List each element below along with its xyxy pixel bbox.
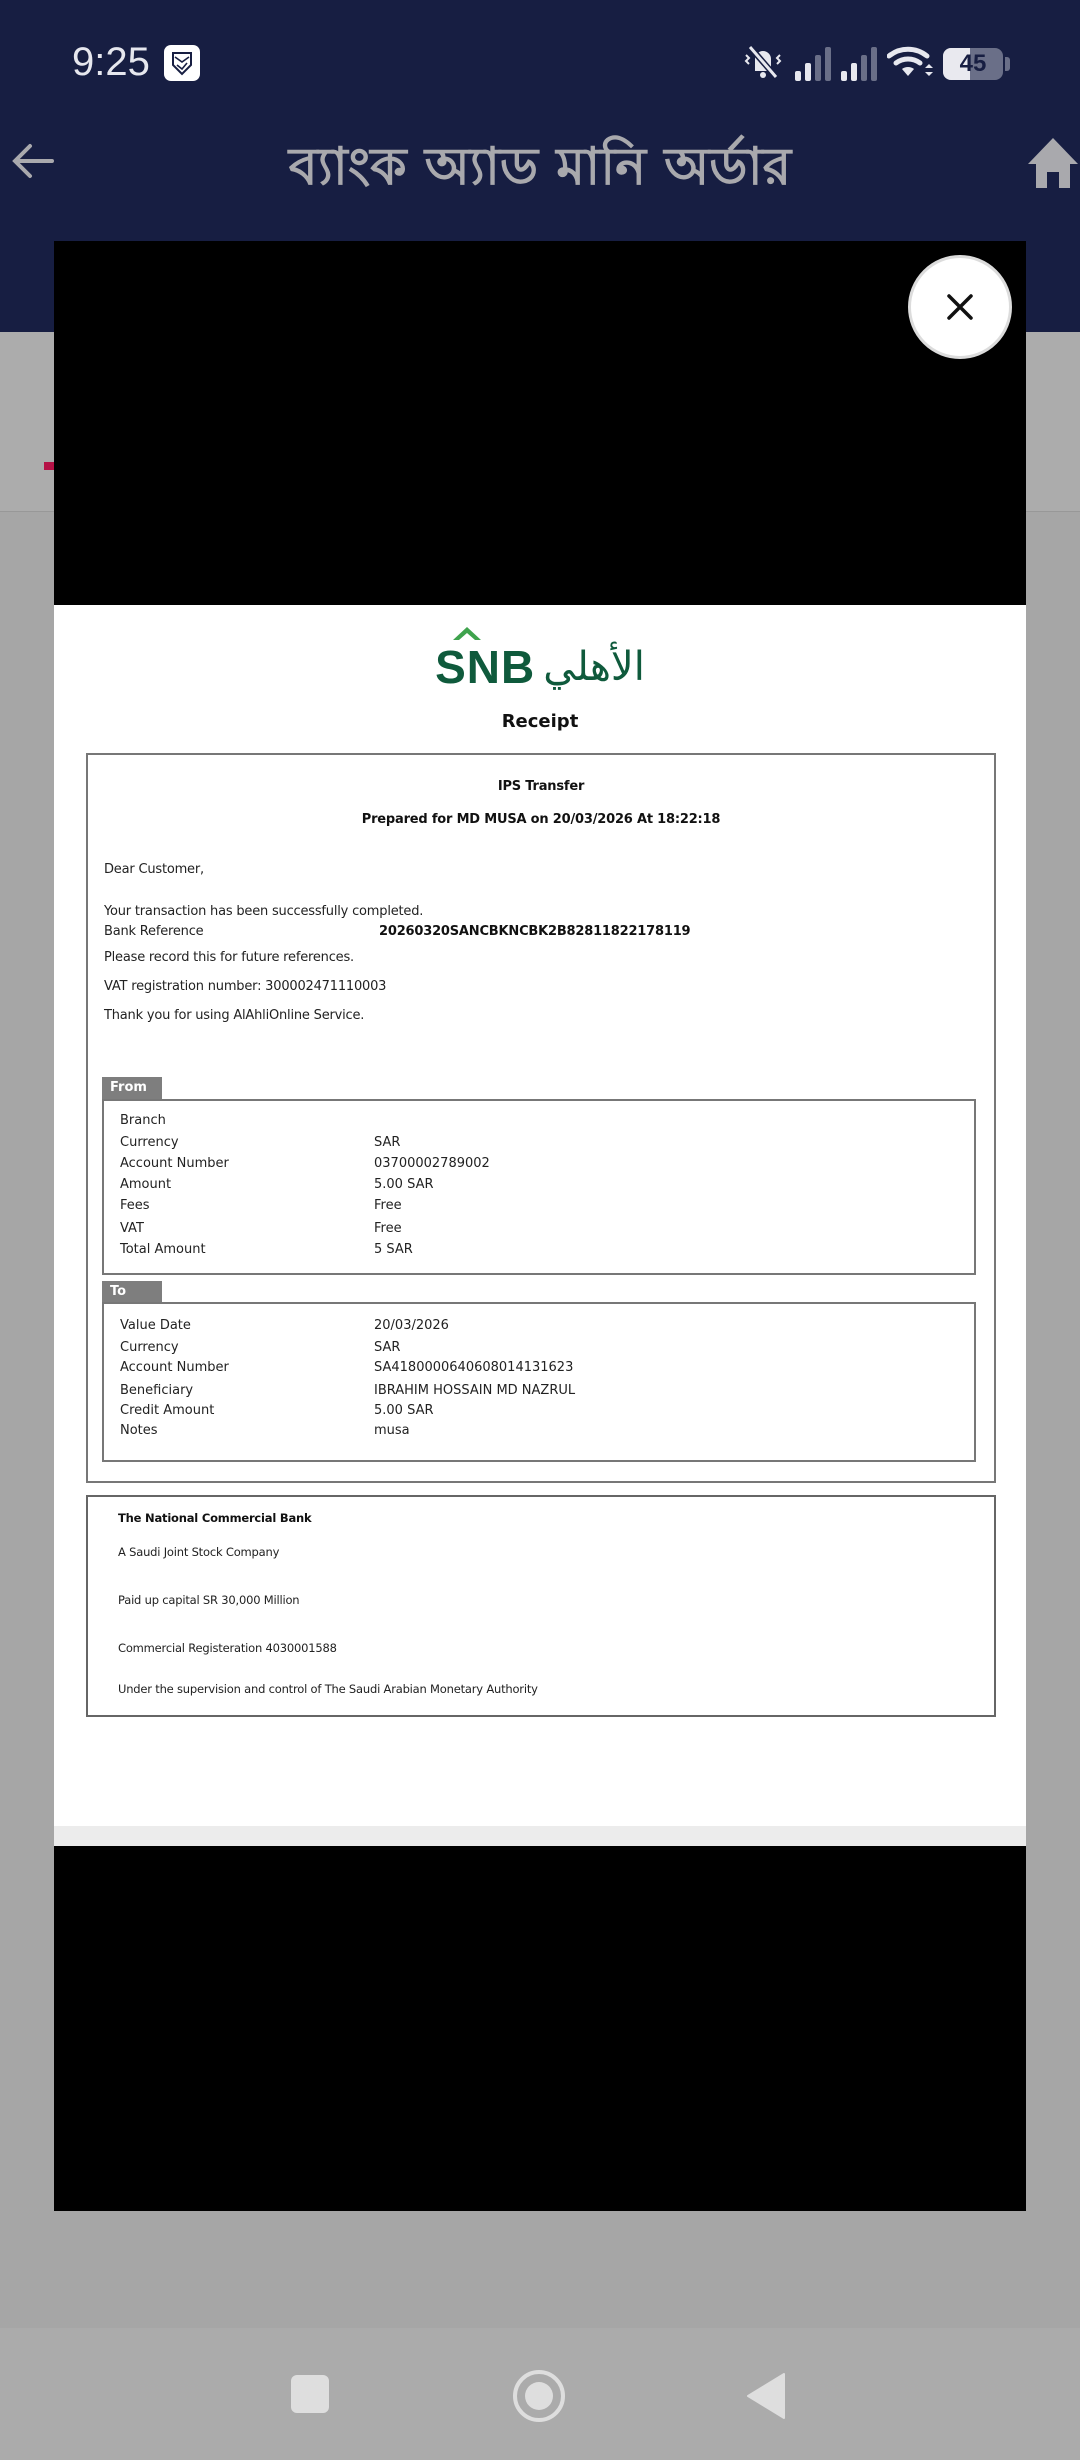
battery-percent: 45 bbox=[943, 50, 1003, 78]
snb-logo: SNB الأهلي bbox=[54, 637, 1026, 697]
bell-off-icon bbox=[741, 43, 785, 85]
detail-row: BeneficiaryIBRAHIM HOSSAIN MD NAZRUL bbox=[120, 1383, 974, 1403]
greeting: Dear Customer, bbox=[104, 862, 204, 877]
signal-sim1-icon bbox=[795, 47, 831, 81]
transaction-details-box: IPS Transfer Prepared for MD MUSA on 20/… bbox=[86, 753, 996, 1483]
detail-label: Currency bbox=[120, 1135, 179, 1150]
detail-row: Total Amount5 SAR bbox=[120, 1242, 974, 1262]
detail-label: Account Number bbox=[120, 1156, 229, 1171]
detail-row: VATFree bbox=[120, 1221, 974, 1241]
handshake-shield-icon bbox=[164, 45, 200, 81]
detail-row: Branch bbox=[120, 1113, 974, 1133]
bank-info-footer: The National Commercial Bank A Saudi Joi… bbox=[86, 1495, 996, 1717]
detail-label: Currency bbox=[120, 1340, 179, 1355]
logo-snb-text: SNB bbox=[435, 641, 535, 693]
detail-label: Fees bbox=[120, 1198, 150, 1213]
detail-label: VAT bbox=[120, 1221, 144, 1236]
status-time: 9:25 bbox=[72, 40, 150, 85]
toolbar: ব্যাংক অ্যাড মানি অর্ডার bbox=[0, 120, 1080, 200]
detail-value: SA4180000640608014131623 bbox=[374, 1360, 573, 1375]
close-button[interactable] bbox=[908, 255, 1012, 359]
bank-reference-label: Bank Reference bbox=[104, 924, 203, 939]
logo-text: SNB bbox=[435, 640, 535, 694]
detail-row: FeesFree bbox=[120, 1198, 974, 1218]
detail-label: Branch bbox=[120, 1113, 166, 1128]
detail-value: Free bbox=[374, 1198, 402, 1213]
recents-square-icon[interactable] bbox=[290, 2374, 330, 2418]
detail-value: 5.00 SAR bbox=[374, 1403, 434, 1418]
detail-label: Total Amount bbox=[120, 1242, 206, 1257]
detail-row: Notesmusa bbox=[120, 1423, 974, 1443]
footer-capital: Paid up capital SR 30,000 Million bbox=[118, 1593, 299, 1607]
battery-nub bbox=[1005, 57, 1010, 71]
battery-indicator: 45 bbox=[943, 48, 1003, 80]
signal-sim2-icon bbox=[841, 47, 877, 81]
detail-label: Beneficiary bbox=[120, 1383, 193, 1398]
page-title: ব্যাংক অ্যাড মানি অর্ডার bbox=[0, 126, 1080, 213]
logo-roof-icon bbox=[451, 624, 483, 642]
thanks-line: Thank you for using AlAhliOnline Service… bbox=[104, 1008, 364, 1023]
success-message: Your transaction has been successfully c… bbox=[104, 904, 423, 919]
detail-value: 20/03/2026 bbox=[374, 1318, 449, 1333]
home-circle-icon[interactable] bbox=[511, 2368, 567, 2428]
footer-company-type: A Saudi Joint Stock Company bbox=[118, 1545, 279, 1559]
detail-value: SAR bbox=[374, 1135, 400, 1150]
detail-row: Value Date20/03/2026 bbox=[120, 1318, 974, 1338]
footer-supervision: Under the supervision and control of The… bbox=[118, 1682, 538, 1696]
detail-label: Account Number bbox=[120, 1360, 229, 1375]
detail-row: CurrencySAR bbox=[120, 1340, 974, 1360]
detail-row: Amount5.00 SAR bbox=[120, 1177, 974, 1197]
bank-reference-value: 20260320SANCBKNCBK2B82811822178119 bbox=[379, 924, 690, 939]
detail-label: Credit Amount bbox=[120, 1403, 214, 1418]
footer-bank-name: The National Commercial Bank bbox=[118, 1511, 311, 1525]
detail-value: IBRAHIM HOSSAIN MD NAZRUL bbox=[374, 1383, 575, 1398]
receipt-title: Receipt bbox=[54, 711, 1026, 732]
prepared-line: Prepared for MD MUSA on 20/03/2026 At 18… bbox=[88, 812, 994, 827]
home-icon[interactable] bbox=[1026, 134, 1080, 190]
detail-value: SAR bbox=[374, 1340, 400, 1355]
record-note: Please record this for future references… bbox=[104, 950, 354, 965]
status-icons: 45 bbox=[741, 44, 1010, 84]
detail-value: Free bbox=[374, 1221, 402, 1236]
logo-arabic: الأهلي bbox=[543, 644, 645, 690]
detail-label: Amount bbox=[120, 1177, 171, 1192]
close-icon bbox=[940, 287, 980, 327]
detail-row: Account Number03700002789002 bbox=[120, 1156, 974, 1176]
from-section: BranchCurrencySARAccount Number037000027… bbox=[102, 1099, 976, 1275]
detail-value: 5.00 SAR bbox=[374, 1177, 434, 1192]
to-heading: To bbox=[102, 1281, 162, 1303]
detail-row: Account NumberSA4180000640608014131623 bbox=[120, 1360, 974, 1380]
to-section: Value Date20/03/2026CurrencySARAccount N… bbox=[102, 1302, 976, 1462]
system-nav-bar bbox=[0, 2328, 1080, 2460]
detail-value: 5 SAR bbox=[374, 1242, 413, 1257]
status-bar: 9:25 bbox=[0, 0, 1080, 130]
back-triangle-icon[interactable] bbox=[746, 2372, 786, 2424]
footer-registration: Commercial Registeration 4030001588 bbox=[118, 1641, 337, 1655]
page-separator bbox=[54, 1826, 1026, 1846]
detail-value: musa bbox=[374, 1423, 410, 1438]
detail-label: Notes bbox=[120, 1423, 158, 1438]
detail-value: 03700002789002 bbox=[374, 1156, 490, 1171]
vat-line: VAT registration number: 300002471110003 bbox=[104, 979, 386, 994]
from-heading: From bbox=[102, 1077, 162, 1099]
wifi-icon bbox=[887, 44, 933, 84]
transfer-type: IPS Transfer bbox=[88, 779, 994, 794]
receipt-document: SNB الأهلي Receipt IPS Transfer Prepared… bbox=[54, 605, 1026, 1845]
detail-label: Value Date bbox=[120, 1318, 191, 1333]
detail-row: CurrencySAR bbox=[120, 1135, 974, 1155]
detail-row: Credit Amount5.00 SAR bbox=[120, 1403, 974, 1423]
